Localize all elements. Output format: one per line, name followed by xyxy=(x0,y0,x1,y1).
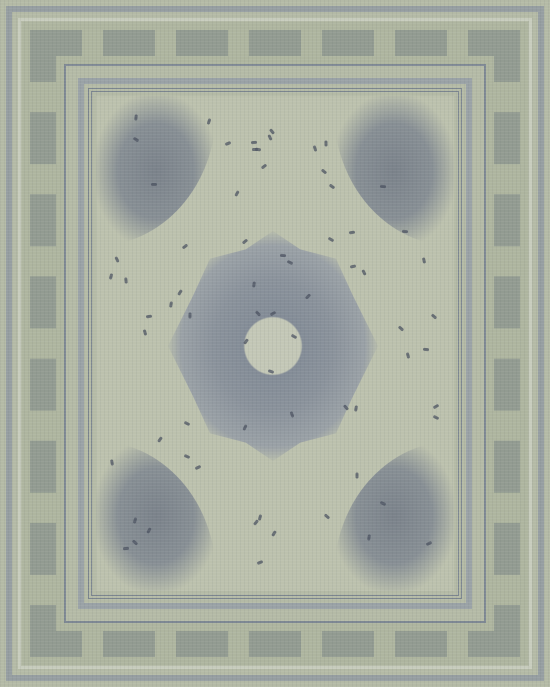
rug-image: Vintage-style distressed area rug with c… xyxy=(0,0,550,687)
weave-texture xyxy=(0,0,550,687)
